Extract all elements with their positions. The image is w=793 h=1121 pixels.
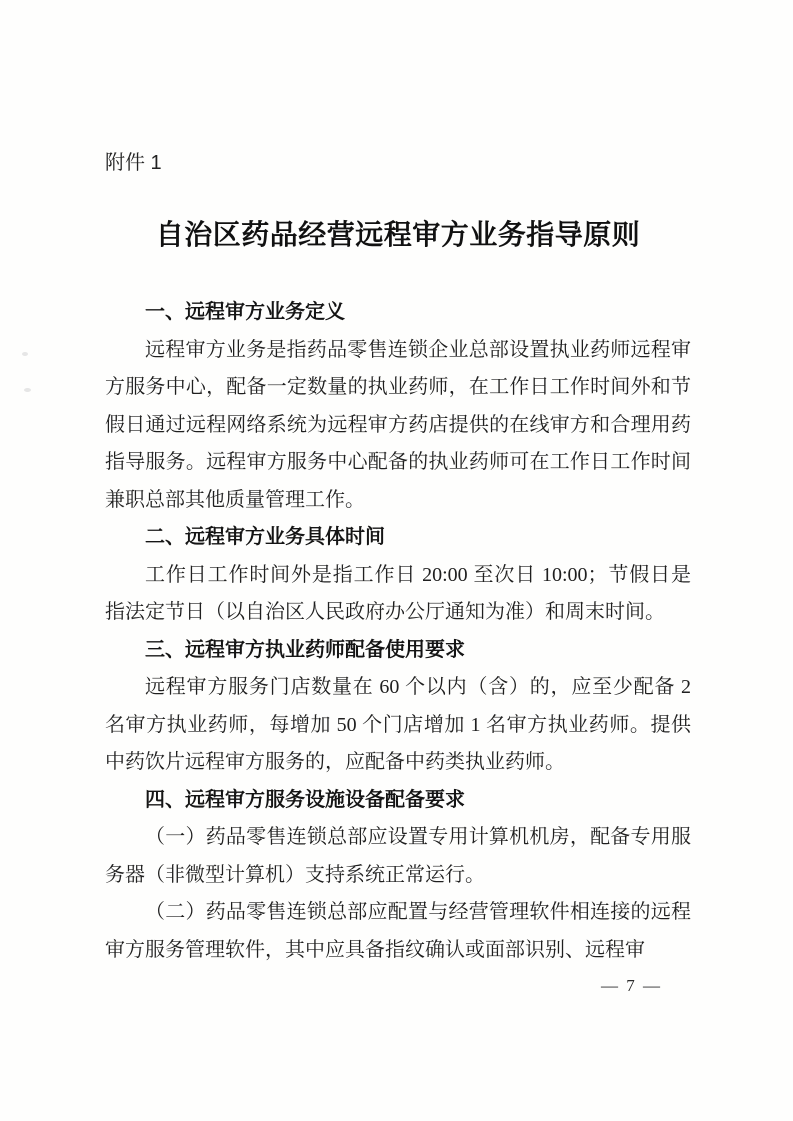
document-content: 附件 1 自治区药品经营远程审方业务指导原则 一、远程审方业务定义 远程审方业务… — [105, 148, 691, 969]
section-3: 三、远程审方执业药师配备使用要求 远程审方服务门店数量在 60 个以内（含）的，… — [105, 632, 691, 782]
section-3-paragraph-1: 远程审方服务门店数量在 60 个以内（含）的，应至少配备 2 名审方执业药师，每… — [105, 669, 691, 782]
section-4: 四、远程审方服务设施设备配备要求 （一）药品零售连锁总部应设置专用计算机机房，配… — [105, 782, 691, 970]
section-2: 二、远程审方业务具体时间 工作日工作时间外是指工作日 20:00 至次日 10:… — [105, 519, 691, 632]
page-number: — 7 — — [601, 976, 662, 996]
scan-artifact — [24, 388, 31, 392]
section-2-paragraph-1: 工作日工作时间外是指工作日 20:00 至次日 10:00；节假日是指法定节日（… — [105, 557, 691, 632]
document-body: 一、远程审方业务定义 远程审方业务是指药品零售连锁企业总部设置执业药师远程审方服… — [105, 294, 691, 969]
section-4-paragraph-1: （一）药品零售连锁总部应设置专用计算机机房，配备专用服务器（非微型计算机）支持系… — [105, 819, 691, 894]
section-1: 一、远程审方业务定义 远程审方业务是指药品零售连锁企业总部设置执业药师远程审方服… — [105, 294, 691, 519]
document-title: 自治区药品经营远程审方业务指导原则 — [105, 218, 691, 252]
section-1-heading: 一、远程审方业务定义 — [105, 294, 691, 332]
section-2-heading: 二、远程审方业务具体时间 — [105, 519, 691, 557]
section-1-paragraph-1: 远程审方业务是指药品零售连锁企业总部设置执业药师远程审方服务中心，配备一定数量的… — [105, 332, 691, 520]
scan-artifact — [22, 352, 28, 356]
section-4-paragraph-2: （二）药品零售连锁总部应配置与经营管理软件相连接的远程审方服务管理软件，其中应具… — [105, 894, 691, 969]
section-3-heading: 三、远程审方执业药师配备使用要求 — [105, 632, 691, 670]
section-4-heading: 四、远程审方服务设施设备配备要求 — [105, 782, 691, 820]
document-page: 附件 1 自治区药品经营远程审方业务指导原则 一、远程审方业务定义 远程审方业务… — [0, 0, 793, 1121]
attachment-label: 附件 1 — [105, 148, 691, 178]
